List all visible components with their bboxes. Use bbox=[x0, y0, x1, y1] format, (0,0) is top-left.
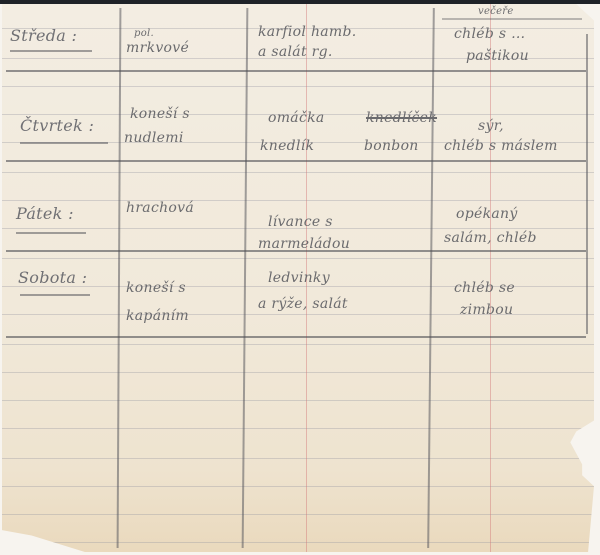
row-divider bbox=[6, 70, 586, 72]
menu-cell: zimbou bbox=[460, 300, 513, 320]
menu-cell: lívance s bbox=[268, 212, 333, 232]
menu-cell: a salát rg. bbox=[258, 42, 333, 62]
struck-menu-cell: knedlíček bbox=[366, 108, 437, 128]
rule-line bbox=[2, 486, 594, 487]
menu-cell: kapáním bbox=[126, 306, 189, 326]
menu-cell: ledvinky bbox=[268, 268, 330, 288]
menu-cell: chléb s … bbox=[454, 24, 525, 44]
column-divider bbox=[586, 34, 588, 334]
column-divider bbox=[242, 8, 248, 548]
scan-top-edge bbox=[0, 0, 600, 4]
row-divider bbox=[6, 160, 586, 162]
menu-cell: koneší s bbox=[126, 278, 186, 298]
row-divider bbox=[6, 336, 586, 338]
menu-cell: hrachová bbox=[126, 198, 194, 218]
rule-line bbox=[2, 542, 594, 543]
menu-cell: chléb se bbox=[454, 278, 515, 298]
column-divider bbox=[427, 8, 434, 548]
supper-header-underline bbox=[442, 18, 582, 20]
rule-line bbox=[2, 514, 594, 515]
day-underline bbox=[16, 232, 86, 234]
day-label-friday: Pátek : bbox=[16, 204, 74, 223]
menu-cell: paštikou bbox=[466, 46, 529, 66]
menu-cell: opékaný bbox=[456, 204, 518, 224]
day-underline bbox=[20, 294, 90, 296]
day-label-saturday: Sobota : bbox=[18, 268, 87, 287]
menu-cell: knedlík bbox=[260, 136, 314, 156]
rule-line bbox=[2, 400, 594, 401]
menu-cell: omáčka bbox=[268, 108, 325, 128]
menu-cell: mrkvové bbox=[126, 38, 189, 58]
menu-cell: salám, chléb bbox=[444, 228, 537, 248]
day-label-thursday: Čtvrtek : bbox=[20, 116, 94, 135]
menu-cell: karfiol hamb. bbox=[258, 22, 357, 42]
day-underline bbox=[20, 142, 108, 144]
day-underline bbox=[10, 50, 92, 52]
supper-header: večeře bbox=[478, 6, 514, 17]
menu-cell: sýr, bbox=[478, 116, 504, 136]
column-divider bbox=[117, 8, 121, 548]
menu-cell: bonbon bbox=[364, 136, 419, 156]
menu-cell: chléb s máslem bbox=[444, 136, 558, 156]
menu-cell: marmeládou bbox=[258, 234, 350, 254]
rule-line bbox=[2, 458, 594, 459]
paper-sheet: večeře Středa : pol. mrkvové karfiol ham… bbox=[2, 4, 594, 552]
rule-line bbox=[2, 258, 594, 259]
menu-cell: a rýže, salát bbox=[258, 294, 348, 314]
menu-cell: koneší s bbox=[130, 104, 190, 124]
rule-line bbox=[2, 372, 594, 373]
rule-line bbox=[2, 172, 594, 173]
day-label-wednesday: Středa : bbox=[10, 26, 77, 45]
rule-line bbox=[2, 428, 594, 429]
menu-cell: nudlemi bbox=[124, 128, 184, 148]
rule-line bbox=[2, 200, 594, 201]
rule-line bbox=[2, 344, 594, 345]
rule-line bbox=[2, 86, 594, 87]
